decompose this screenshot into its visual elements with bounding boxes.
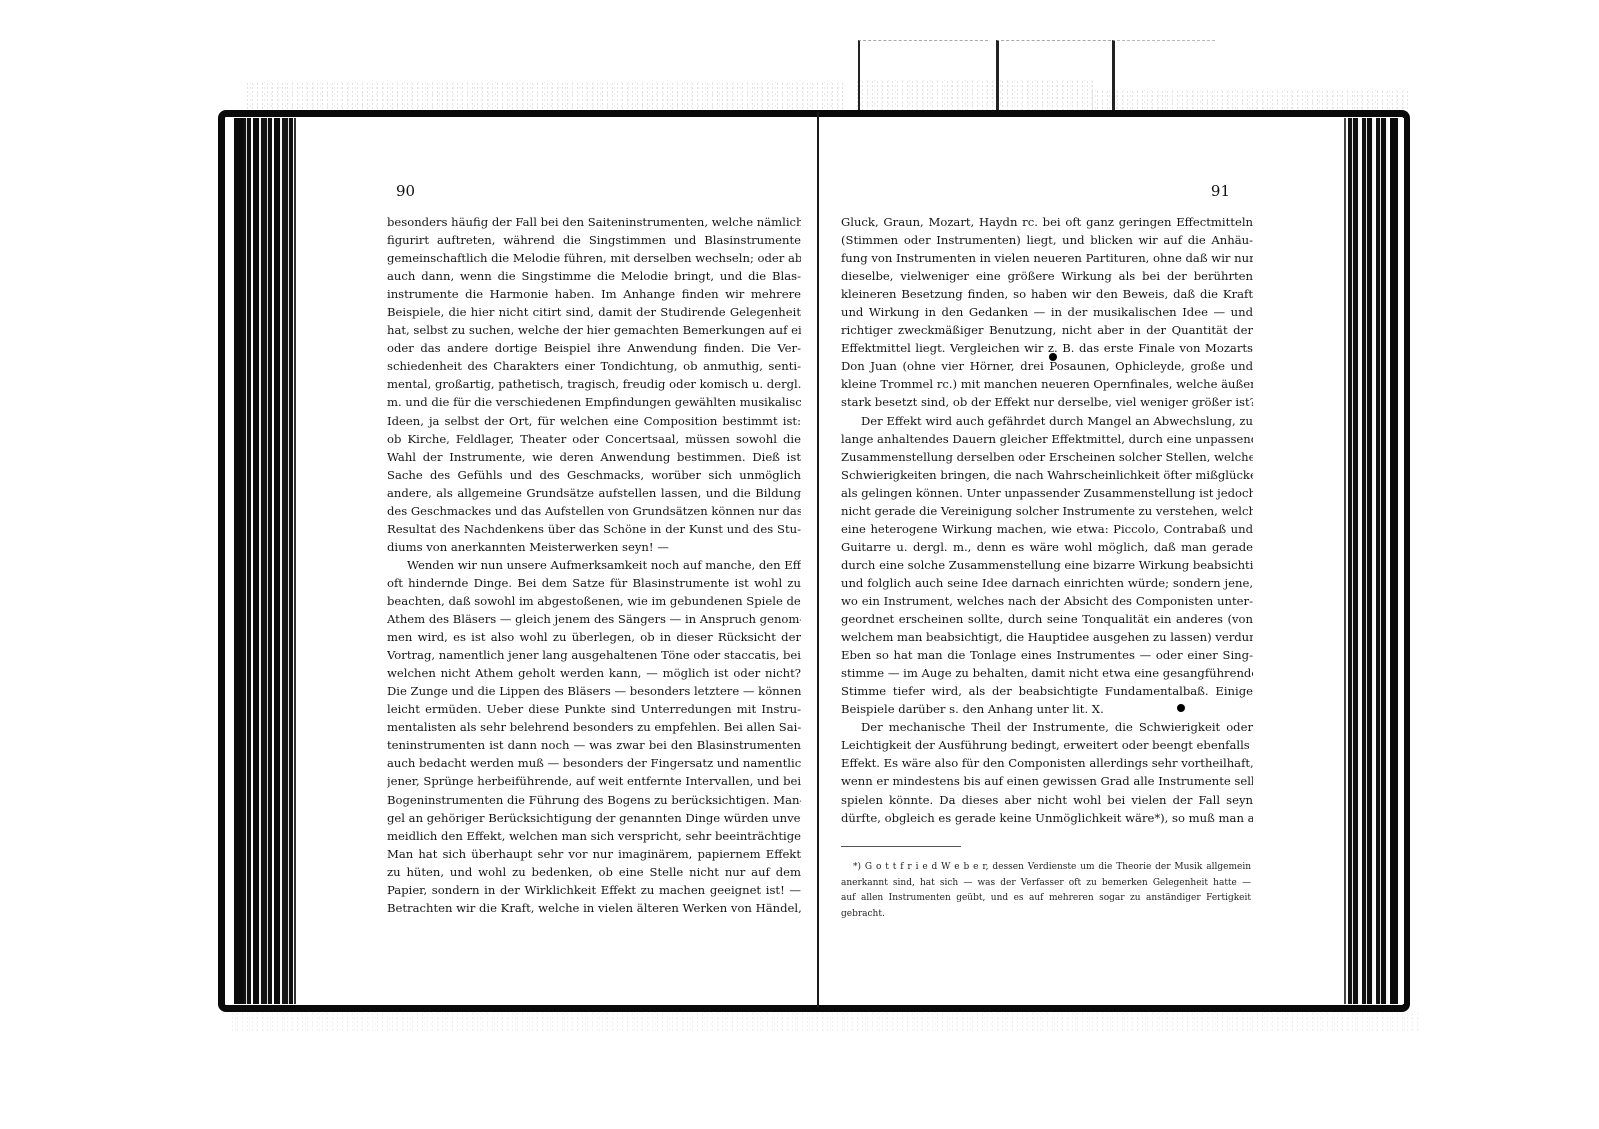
text-line: Resultat des Nachdenkens über das Schöne… <box>387 520 801 538</box>
text-line: fung von Instrumenten in vielen neueren … <box>841 249 1253 267</box>
text-line: geordnet erscheinen sollte, durch seine … <box>841 610 1253 628</box>
page-number: 91 <box>1211 182 1230 200</box>
text-line: mental, großartig, pathetisch, tragisch,… <box>387 375 801 393</box>
left-page: 90 besonders häufig der Fall bei den Sai… <box>296 118 816 1004</box>
text-line: beachten, daß sowohl im abgestoßenen, wi… <box>387 592 801 610</box>
text-line: Beispiele, die hier nicht citirt sind, d… <box>387 303 801 321</box>
text-line: Stimme tiefer wird, als der beabsichtigt… <box>841 682 1253 700</box>
text-line: Eben so hat man die Tonlage eines Instru… <box>841 646 1253 664</box>
text-line: anerkannt sind, hat sich — was der Verfa… <box>841 876 1251 892</box>
ink-blot <box>1177 704 1185 712</box>
page-edges-left <box>232 118 296 1004</box>
text-line: Bogeninstrumenten die Führung des Bogens… <box>387 791 801 809</box>
text-line: Ideen, ja selbst der Ort, für welchen ei… <box>387 412 801 430</box>
text-line: Wahl der Instrumente, wie deren Anwendun… <box>387 448 801 466</box>
text-line: auch dann, wenn die Singstimme die Melod… <box>387 267 801 285</box>
text-line: jener, Sprünge herbeiführende, auf weit … <box>387 772 801 790</box>
text-line: Athem des Bläsers — gleich jenem des Sän… <box>387 610 801 628</box>
text-line: Effekt. Es wäre also für den Componisten… <box>841 754 1253 772</box>
text-line: Leichtigkeit der Ausführung bedingt, erw… <box>841 736 1253 754</box>
text-line: gebracht. <box>841 907 1251 923</box>
text-line: hat, selbst zu suchen, welche der hier g… <box>387 321 801 339</box>
text-line: dieselbe, vielweniger eine größere Wirku… <box>841 267 1253 285</box>
text-line: Effektmittel liegt. Vergleichen wir z. B… <box>841 339 1253 357</box>
text-line: Don Juan (ohne vier Hörner, drei Posaune… <box>841 357 1253 375</box>
scan-noise-top-left <box>245 82 845 112</box>
text-line: Schwierigkeiten bringen, die nach Wahrsc… <box>841 466 1253 484</box>
text-line: wo ein Instrument, welches nach der Absi… <box>841 592 1253 610</box>
text-line: welchen nicht Athem geholt werden kann, … <box>387 664 801 682</box>
scan-noise-bottom <box>230 1012 1420 1032</box>
text-line: Zusammenstellung derselben oder Erschein… <box>841 448 1253 466</box>
text-line: meidlich den Effekt, welchen man sich ve… <box>387 827 801 845</box>
ink-blot <box>1049 353 1057 361</box>
text-line: Man hat sich überhaupt sehr vor nur imag… <box>387 845 801 863</box>
text-line: richtiger zweckmäßiger Benutzung, nicht … <box>841 321 1253 339</box>
page-number: 90 <box>396 182 415 200</box>
text-line: Gluck, Graun, Mozart, Haydn rc. bei oft … <box>841 213 1253 231</box>
text-line: Der mechanische Theil der Instrumente, d… <box>841 718 1253 736</box>
text-line: auf allen Instrumenten geübt, und es auf… <box>841 891 1251 907</box>
text-line: stark besetzt sind, ob der Effekt nur de… <box>841 393 1253 411</box>
text-line: Sache des Gefühls und des Geschmacks, wo… <box>387 466 801 484</box>
book-gutter <box>817 112 819 1008</box>
text-line: auch bedacht werden muß — besonders der … <box>387 754 801 772</box>
text-line: spielen könnte. Da dieses aber nicht woh… <box>841 791 1253 809</box>
text-line: dürfte, obgleich es gerade keine Unmögli… <box>841 809 1253 827</box>
text-line: diums von anerkannten Meisterwerken seyn… <box>387 538 801 556</box>
text-line: Papier, sondern in der Wirklichkeit Effe… <box>387 881 801 899</box>
text-line: men wird, es ist also wohl zu überlegen,… <box>387 628 801 646</box>
text-line: Guitarre u. dergl. m., denn es wäre wohl… <box>841 538 1253 556</box>
text-line: eine heterogene Wirkung machen, wie etwa… <box>841 520 1253 538</box>
right-page: 91 Gluck, Graun, Mozart, Haydn rc. bei o… <box>820 118 1342 1004</box>
text-line: kleine Trommel rc.) mit manchen neueren … <box>841 375 1253 393</box>
text-line: Wenden wir nun unsere Aufmerksamkeit noc… <box>387 556 801 574</box>
text-line: und Wirkung in den Gedanken — in der mus… <box>841 303 1253 321</box>
text-line: zu hüten, und wohl zu bedenken, ob eine … <box>387 863 801 881</box>
page-tab-1 <box>858 40 988 113</box>
text-line: des Geschmackes und das Aufstellen von G… <box>387 502 801 520</box>
text-line: mentalisten als sehr belehrend besonders… <box>387 718 801 736</box>
text-line: Die Zunge und die Lippen des Bläsers — b… <box>387 682 801 700</box>
text-line: stimme — im Auge zu behalten, damit nich… <box>841 664 1253 682</box>
text-line: Betrachten wir die Kraft, welche in viel… <box>387 899 801 917</box>
text-line: instrumente die Harmonie haben. Im Anhan… <box>387 285 801 303</box>
text-line: lange anhaltendes Dauern gleicher Effekt… <box>841 430 1253 448</box>
page-body-text: besonders häufig der Fall bei den Saiten… <box>387 213 801 917</box>
text-line: Beispiele darüber s. den Anhang unter li… <box>841 700 1253 718</box>
text-line: (Stimmen oder Instrumenten) liegt, und b… <box>841 231 1253 249</box>
text-line: leicht ermüden. Ueber diese Punkte sind … <box>387 700 801 718</box>
text-line: welchem man beabsichtigt, die Hauptidee … <box>841 628 1253 646</box>
text-line: nicht gerade die Vereinigung solcher Ins… <box>841 502 1253 520</box>
text-line: Vortrag, namentlich jener lang ausgehalt… <box>387 646 801 664</box>
text-line: oder das andere dortige Beispiel ihre An… <box>387 339 801 357</box>
text-line: gemeinschaftlich die Melodie führen, mit… <box>387 249 801 267</box>
text-line: als gelingen können. Unter unpassender Z… <box>841 484 1253 502</box>
text-line: durch eine solche Zusammenstellung eine … <box>841 556 1253 574</box>
text-line: kleineren Besetzung finden, so haben wir… <box>841 285 1253 303</box>
text-line: besonders häufig der Fall bei den Saiten… <box>387 213 801 231</box>
text-line: m. und die für die verschiedenen Empfind… <box>387 393 801 411</box>
text-line: Der Effekt wird auch gefährdet durch Man… <box>841 412 1253 430</box>
page-tab-2 <box>996 40 1111 113</box>
page-body-text: Gluck, Graun, Mozart, Haydn rc. bei oft … <box>841 213 1253 827</box>
text-line: oft hindernde Dinge. Bei dem Satze für B… <box>387 574 801 592</box>
text-line: teninstrumenten ist dann noch — was zwar… <box>387 736 801 754</box>
text-line: *) G o t t f r i e d W e b e r, dessen V… <box>841 860 1251 876</box>
text-line: figurirt auftreten, während die Singstim… <box>387 231 801 249</box>
footnote: *) G o t t f r i e d W e b e r, dessen V… <box>841 860 1251 922</box>
text-line: gel an gehöriger Berücksichtigung der ge… <box>387 809 801 827</box>
text-line: und folglich auch seine Idee darnach ein… <box>841 574 1253 592</box>
page-edges-right <box>1344 118 1404 1004</box>
text-line: schiedenheit des Charakters einer Tondic… <box>387 357 801 375</box>
footnote-divider <box>841 846 961 847</box>
page-tab-3 <box>1112 40 1215 113</box>
text-line: ob Kirche, Feldlager, Theater oder Conce… <box>387 430 801 448</box>
text-line: andere, als allgemeine Grundsätze aufste… <box>387 484 801 502</box>
text-line: wenn er mindestens bis auf einen gewisse… <box>841 772 1253 790</box>
